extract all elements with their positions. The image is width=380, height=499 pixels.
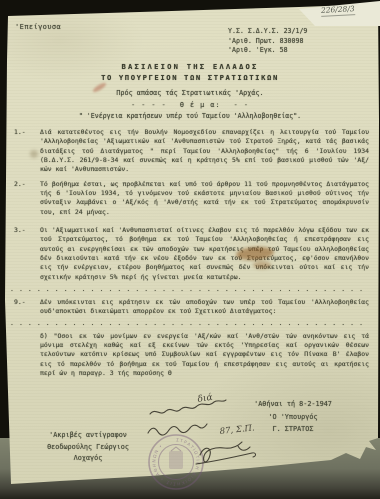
paragraph-number: 2.- — [10, 180, 40, 217]
dotted-separator: . . . . . . . . . . . . . . . . . . . . … — [10, 285, 369, 294]
paragraph-text: Δέν υπόκεινται εις κράτησιν εκ τών αποδο… — [40, 298, 369, 317]
reference-line-2: 'Αριθ. Πρωτ. 830098 — [228, 37, 307, 47]
paper-speck — [30, 150, 38, 158]
scan-stage: 'Επείγουσα Υ.Σ. Σ.Δ.Υ.Σ. 23/1/9 'Αριθ. Π… — [0, 0, 380, 499]
document-body: 1.- Διά κατατεθέντος εις τήν Βουλήν Νομο… — [10, 128, 369, 378]
paragraph-number: 3.- — [10, 226, 40, 282]
reference-line-1: Υ.Σ. Σ.Δ.Υ.Σ. 23/1/9 — [228, 27, 307, 37]
paragraph-2: 2.- Τό βοήθημα έσται, ως προβλέπεται καί… — [10, 180, 369, 217]
certifier-rank: Λοχαγός — [20, 453, 156, 465]
date-place-line: 'Αθήναι τή 8-2-1947 — [234, 398, 352, 411]
paragraph-number — [10, 332, 40, 379]
dotted-separator: . . . . . . . . . . . . . . . . . . . . … — [10, 319, 369, 328]
paragraph-number: 9.- — [10, 298, 40, 317]
certifier-name: Θεοδωρούλης Γεώργιος — [20, 442, 156, 454]
signoff-block: 'Αθήναι τή 8-2-1947 'Ο 'Υπουργός Γ. ΣΤΡΑ… — [234, 398, 352, 436]
paragraph-3: 3.- Οι 'Αξιωματικοί καί 'Ανθυπασπισταί ο… — [10, 226, 369, 282]
royal-title: ΒΑΣΙΛΕΙΟΝ ΤΗΣ ΕΛΛΑΔΟΣ — [0, 62, 380, 71]
urgency-note: 'Επείγουσα — [15, 23, 61, 31]
reference-block: Υ.Σ. Σ.Δ.Υ.Σ. 23/1/9 'Αριθ. Πρωτ. 830098… — [228, 27, 307, 56]
document-page: 'Επείγουσα Υ.Σ. Σ.Δ.Υ.Σ. 23/1/9 'Αριθ. Π… — [0, 0, 380, 499]
paragraph-1: 1.- Διά κατατεθέντος εις τήν Βουλήν Νομο… — [10, 128, 369, 175]
subject-row: - - - - Θ έ μ α: - - — [0, 101, 380, 109]
ink-stain — [253, 261, 271, 269]
paragraph-text: Οι 'Αξιωματικοί καί 'Ανθυπασπισταί οίτιν… — [40, 226, 369, 282]
paragraph-delta: δ) "Οσοι εκ τών μονίμων εν ενεργεία 'Αξ/… — [10, 332, 369, 379]
paragraph-text: δ) "Οσοι εκ τών μονίμων εν ενεργεία 'Αξ/… — [40, 332, 369, 379]
reference-line-3: 'Αριθ. 'Εγκ. 58 — [228, 46, 307, 56]
subject-dashes-left: - - - - — [131, 101, 167, 109]
subject-dashes-right: - - — [234, 101, 249, 109]
paragraph-text: Τό βοήθημα έσται, ως προβλέπεται καί υπό… — [40, 180, 369, 217]
minister-title: 'Ο 'Υπουργός — [234, 411, 352, 424]
minister-signature-name: Γ. ΣΤΡΑΤΟΣ — [234, 423, 352, 436]
paragraph-9: 9.- Δέν υπόκεινται εις κράτησιν εκ τών α… — [10, 298, 369, 317]
certification-block: 'Ακριβές αντίγραφον Θεοδωρούλης Γεώργιος… — [20, 430, 156, 465]
certified-copy-line: 'Ακριβές αντίγραφον — [20, 430, 156, 442]
subject-label: Θ έ μ α: — [180, 101, 221, 109]
subject-line: " 'Ενέργεια κρατήσεων υπέρ τού Ταμείου '… — [0, 112, 380, 120]
paragraph-text: Διά κατατεθέντος εις τήν Βουλήν Νομοσχεδ… — [40, 128, 369, 175]
addressee-line: Πρός απάσας τάς Στρατιωτικάς 'Αρχάς. — [0, 89, 380, 97]
ministry-title: ΤΟ ΥΠΟΥΡΓΕΙΟΝ ΤΩΝ ΣΤΡΑΤΙΩΤΙΚΩΝ — [0, 73, 380, 82]
